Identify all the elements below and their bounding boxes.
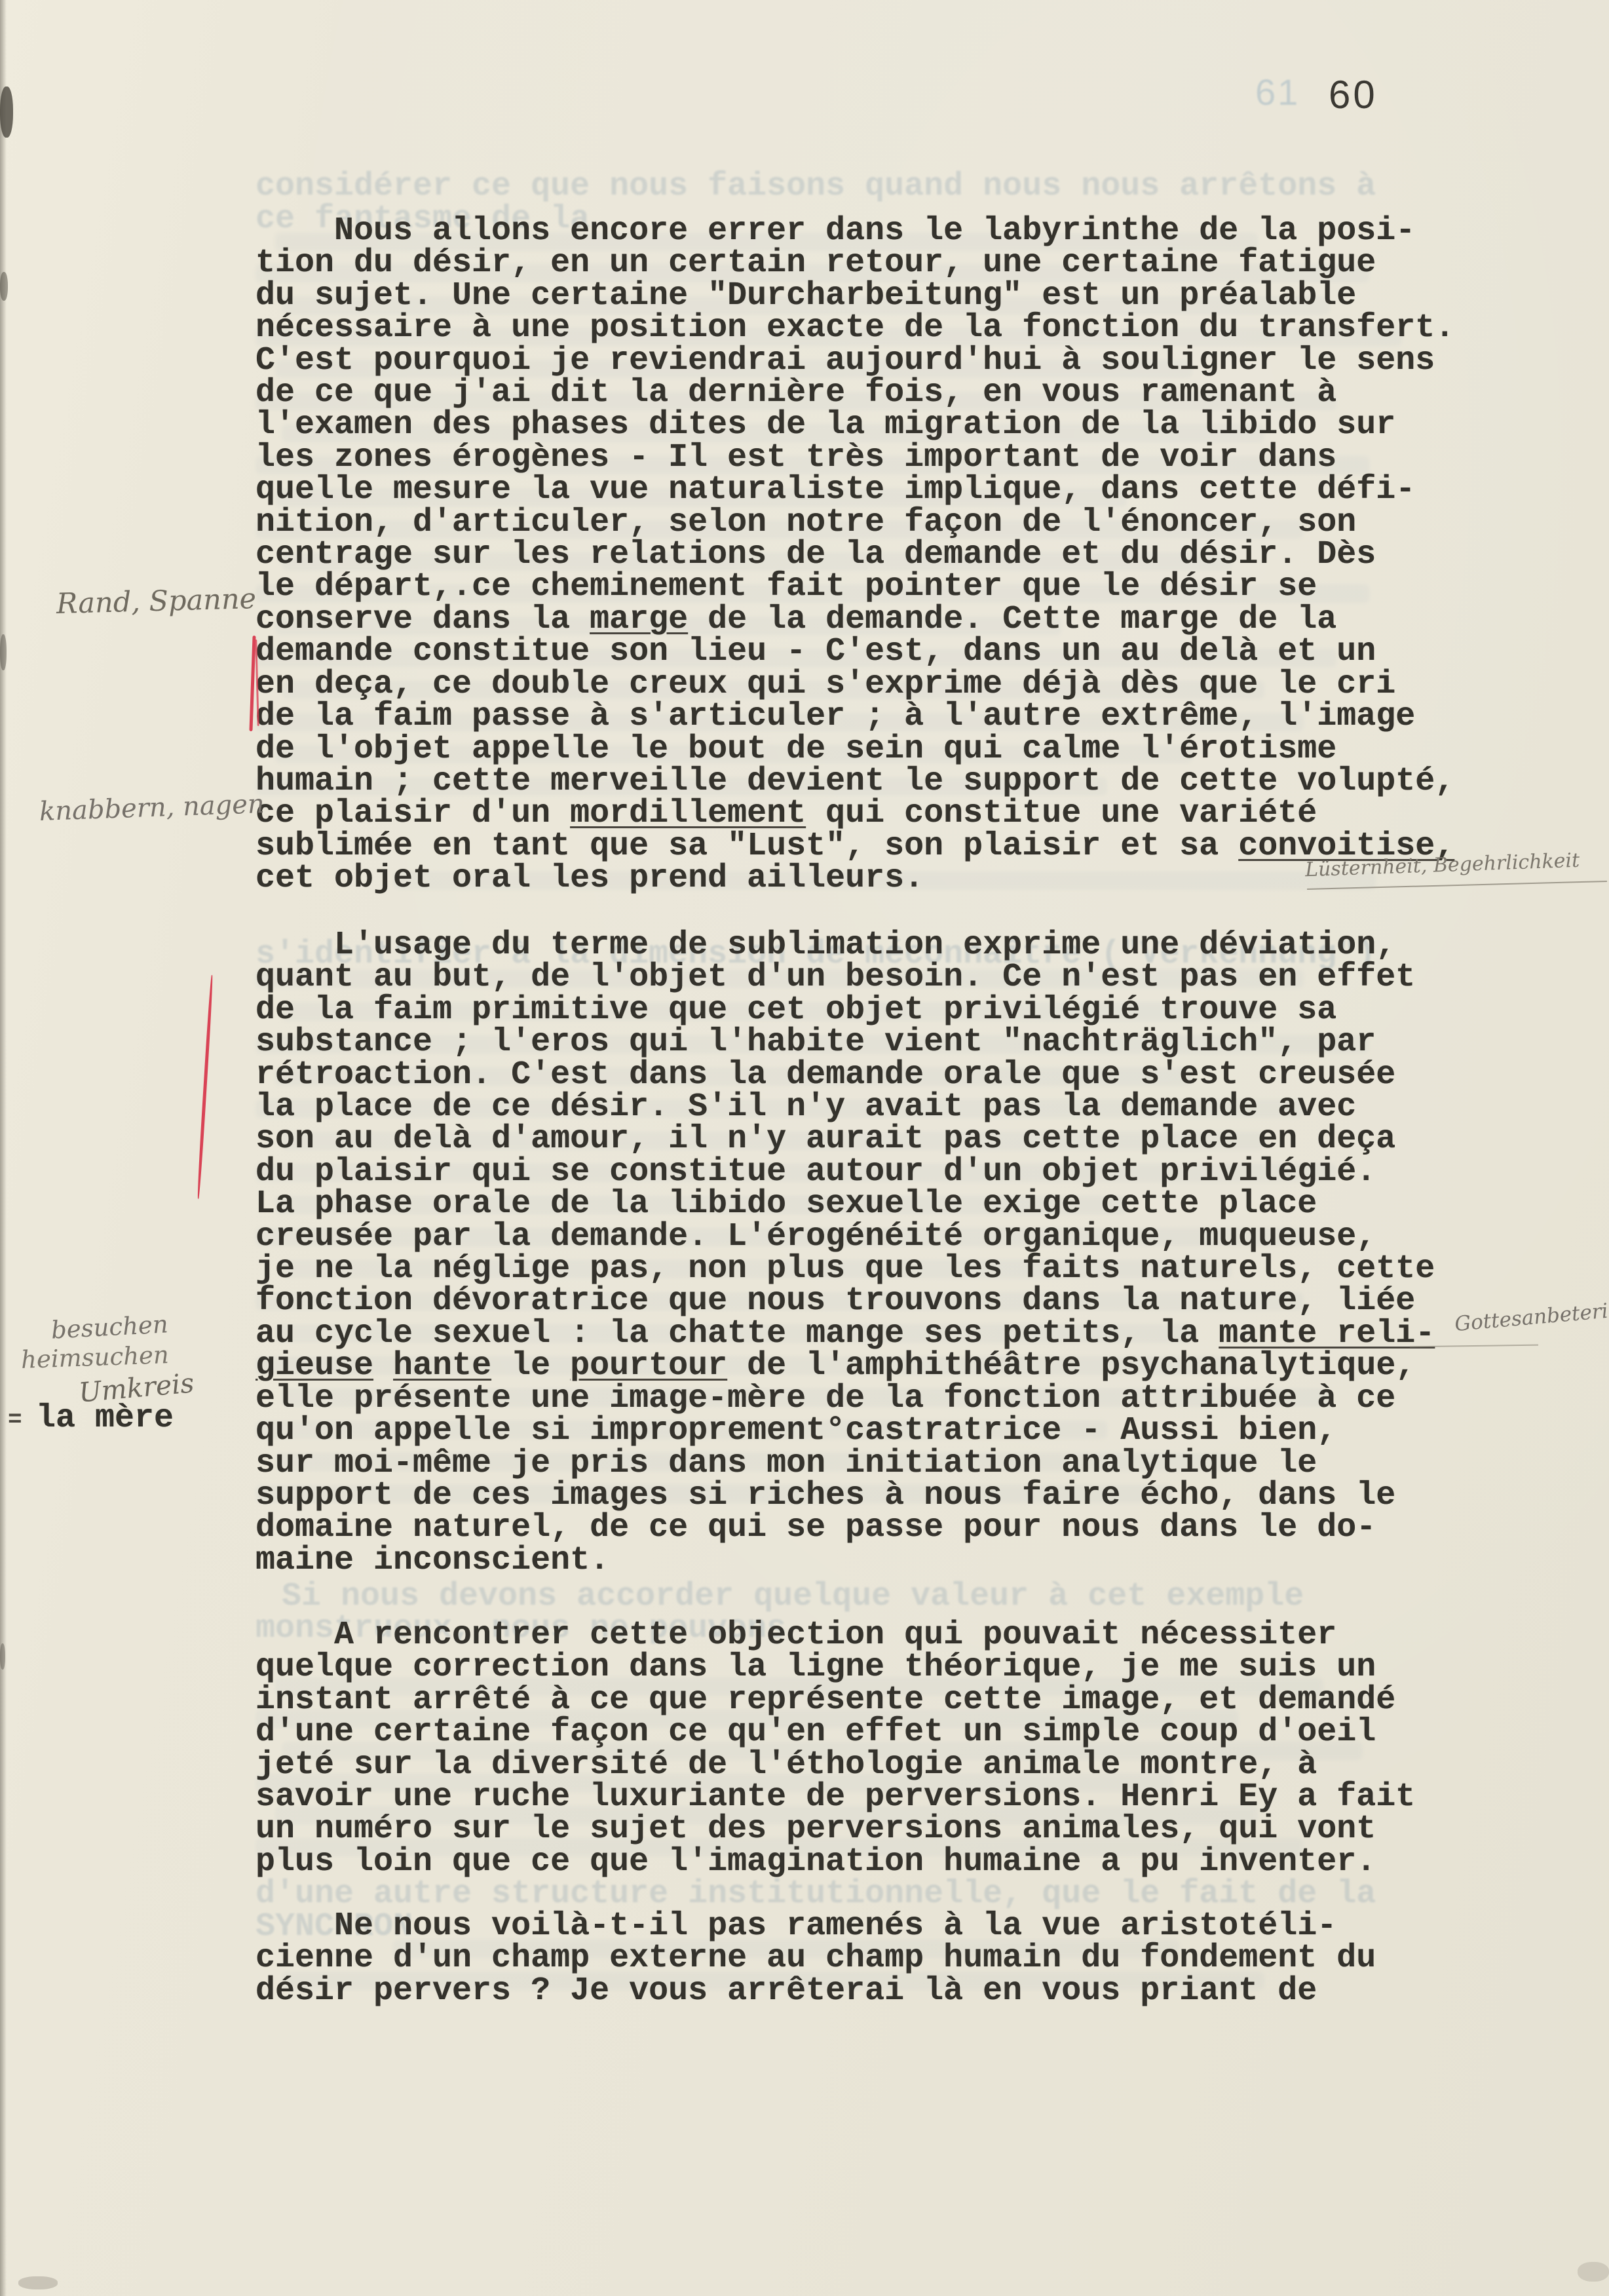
typed-line: conserve dans la marge de la demande. Ce… (256, 603, 1454, 636)
typed-line: qu'on appelle si improprement°castratric… (256, 1415, 1435, 1447)
typed-line: nition, d'articuler, selon notre façon d… (256, 507, 1454, 539)
typed-line: instant arrêté à ce que représente cette… (256, 1684, 1415, 1716)
bleedthrough-text: considérer ce que nous faisons quand nou… (256, 168, 1376, 205)
typed-line: creusée par la demande. L'érogénéité org… (256, 1221, 1435, 1253)
typed-line: de la faim primitive que cet objet privi… (256, 994, 1435, 1026)
margin-note-heimsuchen: heimsuchen (20, 1341, 169, 1374)
typed-paragraph: Nous allons encore errer dans le labyrin… (256, 215, 1454, 895)
scan-smudge (1578, 2262, 1609, 2282)
typed-line: un numéro sur le sujet des perversions a… (256, 1813, 1415, 1845)
typed-line: tion du désir, en un certain retour, une… (256, 247, 1454, 279)
typed-line: de la faim passe à s'articuler ; à l'aut… (256, 700, 1454, 733)
typed-line: savoir une ruche luxuriante de perversio… (256, 1781, 1415, 1813)
typed-line: désir pervers ? Je vous arrêterai là en … (256, 1975, 1376, 2007)
scan-smudge (0, 1643, 5, 1670)
typed-line: la place de ce désir. S'il n'y avait pas… (256, 1091, 1435, 1123)
typed-line: elle présente une image-mère de la fonct… (256, 1383, 1435, 1415)
typed-line: sublimée en tant que sa "Lust", son plai… (256, 830, 1454, 862)
typed-line: d'une certaine façon ce qu'en effet un s… (256, 1716, 1415, 1748)
typed-paragraph: A rencontrer cette objection qui pouvait… (256, 1619, 1415, 1878)
typed-line: demande constitue son lieu - C'est, dans… (256, 636, 1454, 668)
margin-note-besuchen: besuchen (50, 1310, 169, 1344)
typed-text: plus loin que ce que l'imagination humai… (256, 1843, 1376, 1881)
scanned-typescript-page: considérer ce que nous faisons quand nou… (0, 0, 1609, 2296)
typed-line: Nous allons encore errer dans le labyrin… (256, 215, 1454, 247)
typed-line: du plaisir qui se constitue autour d'un … (256, 1156, 1435, 1188)
typed-line: fonction dévoratrice que nous trouvons d… (256, 1285, 1435, 1317)
typed-line: gieuse hante le pourtour de l'amphithéât… (256, 1350, 1435, 1382)
typed-line: A rencontrer cette objection qui pouvait… (256, 1619, 1415, 1651)
typed-line: de ce que j'ai dit la dernière fois, en … (256, 377, 1454, 409)
typed-line: rétroaction. C'est dans la demande orale… (256, 1059, 1435, 1091)
typed-line: C'est pourquoi je reviendrai aujourd'hui… (256, 345, 1454, 377)
margin-note-rand-spanne: Rand, Spanne (56, 583, 256, 621)
typed-line: quelque correction dans la ligne théoriq… (256, 1651, 1415, 1683)
typed-text: maine inconscient. (256, 1542, 609, 1579)
typed-line: du sujet. Une certaine "Durcharbeitung" … (256, 280, 1454, 312)
margin-note-la-mere: la mère (36, 1400, 174, 1437)
typed-line: domaine naturel, de ce qui se passe pour… (256, 1512, 1435, 1544)
typed-line: plus loin que ce que l'imagination humai… (256, 1846, 1415, 1878)
typed-line: de l'objet appelle le bout de sein qui c… (256, 733, 1454, 765)
margin-equals-sign: = (8, 1406, 22, 1433)
typed-line: L'usage du terme de sublimation exprime … (256, 929, 1435, 961)
page-number: 60 (1329, 72, 1378, 117)
typed-line: je ne la néglige pas, non plus que les f… (256, 1253, 1435, 1285)
scan-smudge (0, 86, 13, 138)
typed-line: maine inconscient. (256, 1544, 1435, 1577)
typed-text: cet objet oral les prend ailleurs. (256, 860, 924, 897)
typed-line: son au delà d'amour, il n'y aurait pas c… (256, 1123, 1435, 1155)
typed-line: humain ; cette merveille devient le supp… (256, 765, 1454, 797)
ghost-page-number: 61 (1255, 71, 1300, 113)
typed-line: cet objet oral les prend ailleurs. (256, 862, 1454, 894)
typed-text: désir pervers ? Je vous arrêterai là en … (256, 1972, 1317, 2010)
typed-line: substance ; l'eros qui l'habite vient "n… (256, 1026, 1435, 1058)
typed-line: jeté sur la diversité de l'éthologie ani… (256, 1749, 1415, 1781)
typed-line: les zones érogènes - Il est très importa… (256, 442, 1454, 474)
typed-line: cienne d'un champ externe au champ humai… (256, 1942, 1376, 1974)
scan-smudge (0, 634, 7, 670)
typed-line: le départ,.ce cheminement fait pointer q… (256, 571, 1454, 603)
typed-paragraph: Ne nous voilà-t-il pas ramenés à la vue … (256, 1910, 1376, 2007)
margin-note-knabbern-nagen: knabbern, nagen (39, 789, 265, 827)
scan-edge-shadow (0, 0, 7, 2296)
typed-line: quelle mesure la vue naturaliste impliqu… (256, 474, 1454, 506)
typed-line: quant au but, de l'objet d'un besoin. Ce… (256, 961, 1435, 993)
red-margin-line (197, 975, 214, 1199)
scan-smudge (0, 272, 8, 301)
typed-line: l'examen des phases dites de la migratio… (256, 409, 1454, 441)
scan-smudge (18, 2276, 58, 2289)
typed-line: en deça, ce double creux qui s'exprime d… (256, 668, 1454, 700)
typed-line: au cycle sexuel : la chatte mange ses pe… (256, 1318, 1435, 1350)
typed-line: nécessaire à une position exacte de la f… (256, 312, 1454, 344)
typed-line: centrage sur les relations de la demande… (256, 539, 1454, 571)
typed-line: La phase orale de la libido sexuelle exi… (256, 1188, 1435, 1220)
typed-line: Ne nous voilà-t-il pas ramenés à la vue … (256, 1910, 1376, 1942)
typed-line: support de ces images si riches à nous f… (256, 1480, 1435, 1512)
typed-paragraph: L'usage du terme de sublimation exprime … (256, 929, 1435, 1577)
typed-line: ce plaisir d'un mordillement qui constit… (256, 797, 1454, 830)
margin-note-gottesanbeterin: Gottesanbeterin (1454, 1298, 1609, 1336)
typed-line: sur moi-même je pris dans mon initiation… (256, 1447, 1435, 1480)
